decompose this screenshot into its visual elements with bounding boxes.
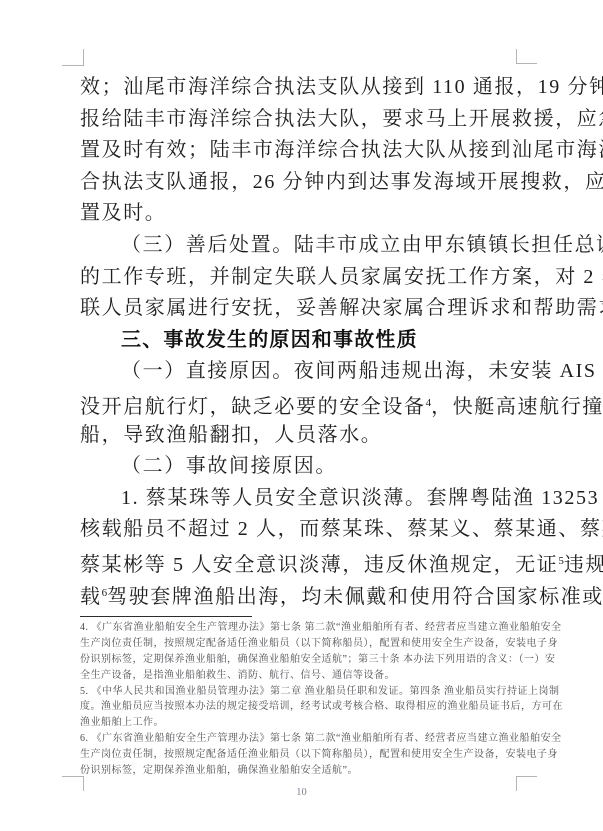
footnote-line: 份识别标签，定期保养渔业船舶，确保渔业船舶安全适航”；第三十条 本办法下列用语的… xyxy=(80,653,532,669)
body-line: 报给陆丰市海洋综合执法大队，要求马上开展救援，应急处 xyxy=(80,106,528,138)
body-line: 没开启航行灯，缺乏必要的安全设备4，快艇高速航行撞击渔 xyxy=(80,390,528,422)
footnote-line: 度。渔业船员应当按照本办法的规定接受培训，经考试或考核合格、取得相应的渔业船员证… xyxy=(80,700,532,716)
body-line: 的工作专班，并制定失联人员家属安抚工作方案，对 2 名失 xyxy=(80,264,528,296)
footnote-line: 4. 《广东省渔业船舶安全生产管理办法》第七条 第二款“渔业船舶所有者、经营者应… xyxy=(80,621,532,637)
footnote-line: 份识别标签，定期保养渔业船舶，确保渔业船舶安全适航”。 xyxy=(80,764,532,780)
footnote-line: 生产岗位责任制，按照规定配备适任渔业船员（以下简称船员），配置和使用安全生产设备… xyxy=(80,748,532,764)
footnote-line: 5. 《中华人民共和国渔业船员管理办法》第二章 渔业船员任职和发证。第四条 渔业… xyxy=(80,685,532,701)
body-text: 效；汕尾市海洋综合执法支队从接到 110 通报，19 分钟内通 报给陆丰市海洋综… xyxy=(80,74,528,611)
body-line: （一）直接原因。夜间两船违规出海，未安装 AIS 终端， xyxy=(80,358,528,390)
body-line: 船，导致渔船翻扣，人员落水。 xyxy=(80,422,528,454)
footnote-line: 渔业船舶上工作。 xyxy=(80,716,532,732)
footnotes: 4. 《广东省渔业船舶安全生产管理办法》第七条 第二款“渔业船舶所有者、经营者应… xyxy=(80,621,532,780)
body-line: 蔡某彬等 5 人安全意识淡薄，违反休渔规定，无证5违规超 xyxy=(80,548,528,580)
footnote-line: 6. 《广东省渔业船舶安全生产管理办法》第七条 第二款“渔业船舶所有者、经营者应… xyxy=(80,732,532,748)
footnote-line: 全生产设备，是指渔业船舶救生、消防、航行、信号、通信等设备。 xyxy=(80,669,532,685)
section-heading: 三、事故发生的原因和事故性质 xyxy=(80,327,528,359)
body-line: 联人员家属进行安抚，妥善解决家属合理诉求和帮助需求。 xyxy=(80,295,528,327)
footnote-separator xyxy=(80,616,252,617)
document-page: 效；汕尾市海洋综合执法支队从接到 110 通报，19 分钟内通 报给陆丰市海洋综… xyxy=(0,0,603,831)
body-line: 合执法支队通报，26 分钟内到达事发海域开展搜救，应急处 xyxy=(80,169,528,201)
crop-mark-top-left xyxy=(62,49,84,66)
crop-mark-top-right xyxy=(516,49,537,64)
body-line: （三）善后处置。陆丰市成立由甲东镇镇长担任总调度 xyxy=(80,232,528,264)
body-line: 核载船员不超过 2 人，而蔡某珠、蔡某义、蔡某通、蔡某顺、 xyxy=(80,516,528,548)
page-number: 10 xyxy=(0,787,603,798)
body-line: （二）事故间接原因。 xyxy=(80,453,528,485)
body-line: 载6驾驶套牌渔船出海，均未佩戴和使用符合国家标准或者 xyxy=(80,580,528,612)
footnote-line: 生产岗位责任制，按照规定配备适任渔业船员（以下简称船员），配置和使用安全生产设备… xyxy=(80,637,532,653)
body-line: 效；汕尾市海洋综合执法支队从接到 110 通报，19 分钟内通 xyxy=(80,74,528,106)
body-line: 置及时有效；陆丰市海洋综合执法大队从接到汕尾市海洋综 xyxy=(80,137,528,169)
body-line: 1. 蔡某珠等人员安全意识淡薄。套牌粤陆渔 13253 船舶 xyxy=(80,485,528,517)
body-line: 置及时。 xyxy=(80,200,528,232)
